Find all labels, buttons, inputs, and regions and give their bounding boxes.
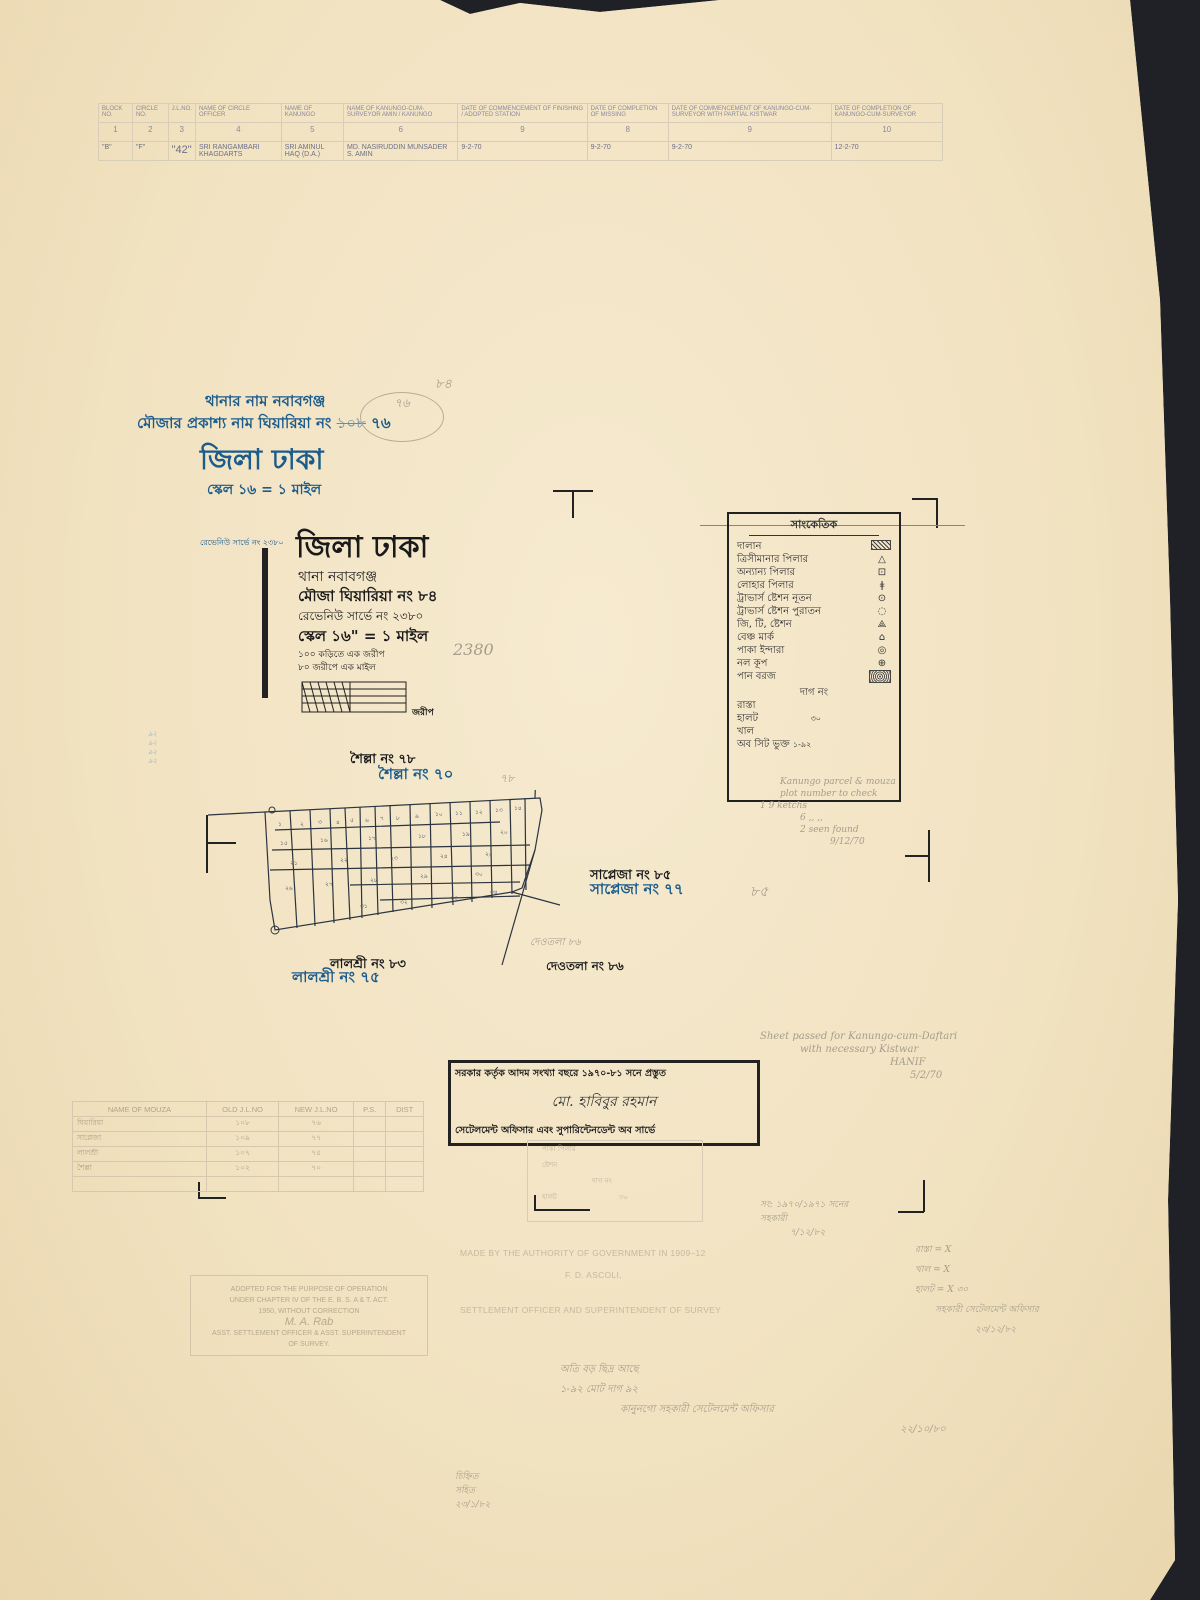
imprint-line-1: MADE BY THE AUTHORITY OF GOVERNMENT IN 1… <box>460 1248 706 1258</box>
betel-garden-stipple-icon <box>869 670 891 683</box>
stamp-signature: M. A. Rab <box>191 1317 427 1328</box>
iron-pillar-icon: ǂ <box>873 579 891 592</box>
pencil-line: 9/12/70 <box>830 836 980 848</box>
legend-item: ত্রিসীমানার পিলার△ <box>729 553 899 566</box>
pencil-line: সহকারী <box>760 1212 848 1226</box>
legend-item: লোহার পিলারǂ <box>729 579 899 592</box>
trijunction-pillar-icon: △ <box>873 553 891 566</box>
cell: ১০৭ <box>207 1147 279 1162</box>
legend-label: বেঞ্চ মার্ক <box>737 631 774 644</box>
plot-number: ১ <box>278 821 282 828</box>
reg-colnum: 1 <box>99 123 133 142</box>
plot-number: ১১ <box>455 810 463 817</box>
reg-cell: "F" <box>132 142 168 161</box>
mouza-row: লালশ্রী১০৭৭৫ <box>73 1147 424 1162</box>
reg-cell: SRI RANGAMBARI KHAGDARTS <box>195 142 281 161</box>
legend-value: ১-৯২ <box>793 740 811 749</box>
mouza-row: শৈল্লা১০২৭০ <box>73 1162 424 1177</box>
north-boundary-hand: শৈল্লা নং ৭০ <box>378 763 453 788</box>
certificate-line-1: সরকার কর্তৃক আদম সংখ্যা বছরে ১৯৭০-৮১ সনে… <box>451 1063 757 1086</box>
gt-station-icon: ⟁ <box>873 618 891 631</box>
pencil-line: ২৩/১/৮২ <box>455 1498 490 1512</box>
legend-label: ট্রাভার্স ষ্টেশন পুরাতন <box>737 605 821 618</box>
bench-mark-icon: ⌂ <box>873 631 891 644</box>
cell <box>354 1162 386 1177</box>
mouza-header: NAME OF MOUZA <box>73 1102 207 1117</box>
reg-colnum: 4 <box>195 123 281 142</box>
legend-label: হালট <box>737 712 758 725</box>
pencil-line: 6 ,, ,, <box>800 812 980 824</box>
mouza-header: NEW J.L.NO <box>279 1102 354 1117</box>
plot-number: ২২ <box>340 857 348 864</box>
cell <box>354 1117 386 1132</box>
cell: শৈল্লা <box>73 1162 207 1177</box>
mouza-header: DIST <box>386 1102 424 1117</box>
cell <box>354 1147 386 1162</box>
pencil-line: সহকারী সেটেলমেন্ট অফিসার <box>935 1300 1039 1320</box>
legend-label: নল কূপ <box>737 657 767 670</box>
other-pillar-icon: ⊡ <box>873 566 891 579</box>
pencil-line: with necessary Kistwar <box>800 1043 957 1056</box>
plot-number: ২ <box>300 821 304 828</box>
mouza-line-text: মৌজার প্রকাশ্য নাম ঘিয়ারিয়া নং <box>137 414 331 432</box>
number: ৭৭ <box>664 880 684 898</box>
pencil-checklist: রাস্তা = X খাল = X হালট = X ৩০ সহকারী সে… <box>915 1240 1039 1340</box>
legend-item: ট্রাভার্স ষ্টেশন পুরাতন◌ <box>729 605 899 618</box>
plot-number: ৪ <box>336 819 340 826</box>
faded-inset: পাকা পিলার ষ্টেশন দাগ নং হালট ৩০ <box>527 1140 703 1222</box>
plot-number: ১৫ <box>280 840 288 847</box>
cell: ১০২ <box>207 1162 279 1177</box>
legend-label: পান বরজ <box>737 670 776 683</box>
plot-number: ৩৩ <box>450 895 458 902</box>
revenue-prefix: রেভেনিউ সার্ভে নং ২৩৮০ <box>200 537 284 550</box>
mouza-row <box>73 1177 424 1192</box>
stamp-line: OF SURVEY. <box>191 1339 427 1350</box>
cell: লালশ্রী <box>73 1147 207 1162</box>
reg-cell: SRI AMINUL HAQ (D.A.) <box>281 142 343 161</box>
imprint-line-2: F. D. ASCOLI, <box>565 1270 622 1280</box>
plot-number: ১৭ <box>368 835 376 842</box>
pencil-line: চিহ্নিত <box>455 1470 490 1484</box>
reg-colnum: 5 <box>281 123 343 142</box>
pencil-line: ১-৯২ মোট দাগ ৯২ <box>560 1380 946 1400</box>
plot-number: ৬ <box>365 817 369 824</box>
legend-label: অন্যান্য পিলার <box>737 566 795 579</box>
legend-label: খাল <box>737 725 754 738</box>
legend-item: খাল <box>729 725 899 738</box>
plot-number: ৫ <box>350 817 354 824</box>
pencil-note-passed: Sheet passed for Kanungo-cum-Daftari wit… <box>760 1030 957 1082</box>
legend-label: রাস্তা <box>737 699 756 712</box>
reg-colnum: 8 <box>587 123 668 142</box>
legend-box: সাংকেতিক দালান ত্রিসীমানার পিলার△ অন্যান… <box>727 512 901 802</box>
reg-header: DATE OF COMPLETION OF MISSING <box>587 104 668 123</box>
reg-colnum: 2 <box>132 123 168 142</box>
certificate-signature: মো. হাবিবুর রহমান <box>451 1090 757 1114</box>
plot-number: ৯ <box>415 813 419 820</box>
legend-item: হালট৩০ <box>729 712 899 725</box>
pencil-mark: ৮৪ <box>435 375 452 396</box>
reg-header: DATE OF COMPLETION OF KANUNGO-CUM-SURVEY… <box>831 104 942 123</box>
pencil-line: 2 seen found <box>800 824 980 836</box>
plot-number: ৮ <box>396 815 400 822</box>
circled-note: ৭৬ <box>360 392 444 442</box>
pencil-line: ৭/১২/৮২ <box>790 1226 848 1240</box>
pencil-line: ২২/১০/৮০ <box>900 1420 946 1440</box>
plot-number: ৭ <box>380 815 384 822</box>
pencil-number: 2380 <box>453 640 494 659</box>
reg-header: NAME OF KANUNGO-CUM-SURVEYOR AMIN / KANU… <box>344 104 458 123</box>
pencil-line: সহিত <box>455 1484 490 1498</box>
registration-tick <box>912 498 938 500</box>
pencil-line: plot number to check <box>780 788 980 800</box>
reg-colnum: 6 <box>344 123 458 142</box>
reg-header: J.L.NO. <box>168 104 195 123</box>
traverse-station-old-icon: ◌ <box>873 605 891 618</box>
legend-label: ট্রাভার্স ষ্টেশন নূতন <box>737 592 812 605</box>
registration-tick <box>898 1211 924 1213</box>
legend-item: অব সিট ভুক্ত ১-৯২ <box>729 738 899 751</box>
traverse-station-new-icon: ⊙ <box>873 592 891 605</box>
plot-number: ২৭ <box>325 881 333 888</box>
pencil-line: 1 9 ketchs <box>760 800 980 812</box>
cell <box>354 1177 386 1192</box>
cell: ১০৮ <box>207 1117 279 1132</box>
pencil-line: ২৩/১২/৮২ <box>975 1320 1039 1340</box>
plot-number: ১৪ <box>514 805 522 812</box>
plot-number: ২৫ <box>485 851 493 858</box>
cell: ঘিয়ারিয়া <box>73 1117 207 1132</box>
mouza-row: ঘিয়ারিয়া১০৮৭৬ <box>73 1117 424 1132</box>
plot-number: ২৬ <box>285 885 293 892</box>
cell: ১০৯ <box>207 1132 279 1147</box>
pencil-note-bottom: অতি বড় ছিদ্র আছে ১-৯২ মোট দাগ ৯২ কানুনগ… <box>560 1360 946 1440</box>
pencil-line: সং: ১৯৭০/১৯৭১ সনের <box>760 1198 848 1212</box>
reg-cell: MD. NASIRUDDIN MUNSADER S. AMIN <box>344 142 458 161</box>
mouza-table: NAME OF MOUZA OLD J.L.NO NEW J.L.NO P.S.… <box>72 1101 424 1192</box>
cell <box>386 1132 424 1147</box>
registration-tick <box>905 855 929 857</box>
legend-item: জি, টি, ষ্টেশন⟁ <box>729 618 899 631</box>
legend-item: বেঞ্চ মার্ক⌂ <box>729 631 899 644</box>
registration-tick <box>923 1180 925 1212</box>
map-sheet: BLOCK NO. CIRCLE NO. J.L.NO. NAME OF CIR… <box>0 0 1178 1600</box>
plot-number: ৩ <box>318 819 322 826</box>
north-boundary-pencil: ৭৮ <box>500 770 514 789</box>
legend-item: নল কূপ⊕ <box>729 657 899 670</box>
legend-item: ট্রাভার্স ষ্টেশন নূতন⊙ <box>729 592 899 605</box>
faded-row: হালট <box>542 1193 557 1201</box>
cell: ৭৭ <box>279 1132 354 1147</box>
legend-label: অব সিট ভুক্ত <box>737 739 790 750</box>
east-boundary-pencil: ৮৫ <box>750 880 768 904</box>
label: সাপ্লেজা নং <box>590 880 659 898</box>
chain-line-2: ৮০ জরীপে এক মাইল <box>298 660 376 675</box>
pencil-line: রাস্তা = X <box>915 1240 1039 1260</box>
pencil-line: খাল = X <box>915 1260 1039 1280</box>
cell <box>73 1177 207 1192</box>
plot-number: ১৯ <box>462 831 470 838</box>
label: শৈল্লা নং <box>378 765 429 783</box>
cell <box>386 1162 424 1177</box>
faint-blue-note: ৯২৯২৯২৯২ <box>148 730 157 766</box>
mouza-row: সাপ্লেজা১০৯৭৭ <box>73 1132 424 1147</box>
plot-number: ২০ <box>500 829 508 836</box>
cadastral-plot-map: ১ ২ ৩ ৪ ৫ ৬ ৭ ৮ ৯ ১০ ১১ ১২ ১৩ ১৪ ১৫ ১৬ ১… <box>200 790 560 990</box>
plot-number: ১২ <box>475 809 483 816</box>
pencil-line: Sheet passed for Kanungo-cum-Daftari <box>760 1030 957 1043</box>
legend-item: দালান <box>729 540 899 553</box>
reg-colnum: 3 <box>168 123 195 142</box>
legend-label: দালান <box>737 540 761 553</box>
scale-bar-label: জরীপ <box>412 705 434 720</box>
cell: ৭৬ <box>279 1117 354 1132</box>
pencil-note-right: Kanungo parcel & mouza plot number to ch… <box>780 776 980 848</box>
plot-number: ১৩ <box>495 807 503 814</box>
faded-row: ষ্টেশন <box>542 1157 702 1173</box>
reg-header: BLOCK NO. <box>99 104 133 123</box>
pencil-line: 5/2/70 <box>910 1069 957 1082</box>
pencil-line: Kanungo parcel & mouza <box>780 776 980 788</box>
certificate-line-2: সেটেলমেন্ট অফিসার এবং সুপারিন্টেনডেন্ট অ… <box>455 1124 753 1139</box>
stamp-line: ADOPTED FOR THE PURPOSE OF OPERATION <box>191 1284 427 1295</box>
reg-header: CIRCLE NO. <box>132 104 168 123</box>
plot-number: ২৪ <box>440 853 448 860</box>
number: ৭০ <box>434 765 454 783</box>
reg-cell: 12-2-70 <box>831 142 942 161</box>
pencil-note-bottom-left: চিহ্নিত সহিত ২৩/১/৮২ <box>455 1470 490 1512</box>
plot-number: ২৮ <box>370 877 378 884</box>
title-border-decoration <box>262 548 268 698</box>
legend-value: ৩০ <box>811 712 821 725</box>
legend-item: অন্যান্য পিলার⊡ <box>729 566 899 579</box>
mouza-title: মৌজা ঘিয়ারিয়া নং ৮৪ <box>298 585 438 610</box>
pencil-line: HANIF <box>890 1056 957 1069</box>
plot-number: ৩৪ <box>490 889 498 896</box>
reg-cell: 9-2-70 <box>458 142 587 161</box>
reg-header: NAME OF CIRCLE OFFICER <box>195 104 281 123</box>
plot-number: ২১ <box>290 860 298 867</box>
legend-item: পান বরজ <box>729 670 899 683</box>
legend-label: ত্রিসীমানার পিলার <box>737 553 808 566</box>
plot-number: ১৮ <box>418 833 426 840</box>
certificate-box: সরকার কর্তৃক আদম সংখ্যা বছরে ১৯৭০-৮১ সনে… <box>448 1060 760 1146</box>
registration-tick <box>936 498 938 528</box>
pencil-line: অতি বড় ছিদ্র আছে <box>560 1360 946 1380</box>
plot-number: ২৯ <box>420 873 428 880</box>
cell <box>354 1132 386 1147</box>
plot-number: ১০ <box>435 811 443 818</box>
cell <box>207 1177 279 1192</box>
building-hatch-icon <box>871 540 891 550</box>
legend-label: জি, টি, ষ্টেশন <box>737 618 792 631</box>
register-table: BLOCK NO. CIRCLE NO. J.L.NO. NAME OF CIR… <box>98 103 943 161</box>
cell: সাপ্লেজা <box>73 1132 207 1147</box>
plot-number: ২৩ <box>390 855 398 862</box>
reg-header: DATE OF COMMENCEMENT OF FINISHING / ADOP… <box>458 104 587 123</box>
reg-colnum: 10 <box>831 123 942 142</box>
mouza-header: OLD J.L.NO <box>207 1102 279 1117</box>
mouza-line: মৌজার প্রকাশ্য নাম ঘিয়ারিয়া নং ১০৮ ৭৬ <box>137 412 391 437</box>
reg-header: NAME OF KANUNGO <box>281 104 343 123</box>
faded-value: ৩০ <box>619 1193 628 1201</box>
cell: ৭০ <box>279 1162 354 1177</box>
reg-cell: 9-2-70 <box>668 142 831 161</box>
pencil-line: হালট = X ৩০ <box>915 1280 1039 1300</box>
cell <box>279 1177 354 1192</box>
stamp-line: ASST. SETTLEMENT OFFICER & ASST. SUPERIN… <box>191 1328 427 1339</box>
plot-number: ৩০ <box>475 871 483 878</box>
pencil-line: কানুনগো সহকারী সেটেলমেন্ট অফিসার <box>620 1400 946 1420</box>
reg-header: DATE OF COMMENCEMENT OF KANUNGO-CUM-SURV… <box>668 104 831 123</box>
cell: ৭৫ <box>279 1147 354 1162</box>
adopted-stamp: ADOPTED FOR THE PURPOSE OF OPERATION UND… <box>190 1275 428 1356</box>
faded-row: পাকা পিলার <box>542 1141 702 1157</box>
tube-well-icon: ⊕ <box>873 657 891 670</box>
reg-cell: "B" <box>99 142 133 161</box>
legend-dag-header: দাগ নং <box>729 685 899 699</box>
reg-colnum: 9 <box>668 123 831 142</box>
stamp-line: UNDER CHAPTER IV OF THE E. B. S. A & T. … <box>191 1295 427 1306</box>
registration-tick <box>198 1197 226 1199</box>
reg-cell: 9-2-70 <box>587 142 668 161</box>
legend-label: পাকা ইন্দারা <box>737 644 784 657</box>
plot-number: ৩১ <box>360 903 368 910</box>
masonry-well-icon: ◎ <box>873 644 891 657</box>
legend-item: পাকা ইন্দারা◎ <box>729 644 899 657</box>
imprint-line-3: SETTLEMENT OFFICER AND SUPERINTENDENT OF… <box>460 1305 721 1315</box>
cell <box>386 1117 424 1132</box>
legend-title: সাংকেতিক <box>749 516 879 536</box>
cell <box>386 1147 424 1162</box>
legend-label: লোহার পিলার <box>737 579 794 592</box>
cell <box>386 1177 424 1192</box>
pencil-note-lower-right: সং: ১৯৭০/১৯৭১ সনের সহকারী ৭/১২/৮২ <box>760 1198 848 1240</box>
faded-row: দাগ নং <box>592 1173 702 1189</box>
mouza-header: P.S. <box>354 1102 386 1117</box>
legend-item: রাস্তা <box>729 699 899 712</box>
scale-handwritten: স্কেল ১৬ = ১ মাইল <box>207 478 321 502</box>
reg-cell: "42" <box>168 142 195 161</box>
plot-number: ১৬ <box>320 837 328 844</box>
plot-number: ৩২ <box>400 899 408 906</box>
registration-tick <box>572 490 574 518</box>
east-boundary-hand: সাপ্লেজা নং ৭৭ <box>590 878 684 903</box>
reg-colnum: 9 <box>458 123 587 142</box>
